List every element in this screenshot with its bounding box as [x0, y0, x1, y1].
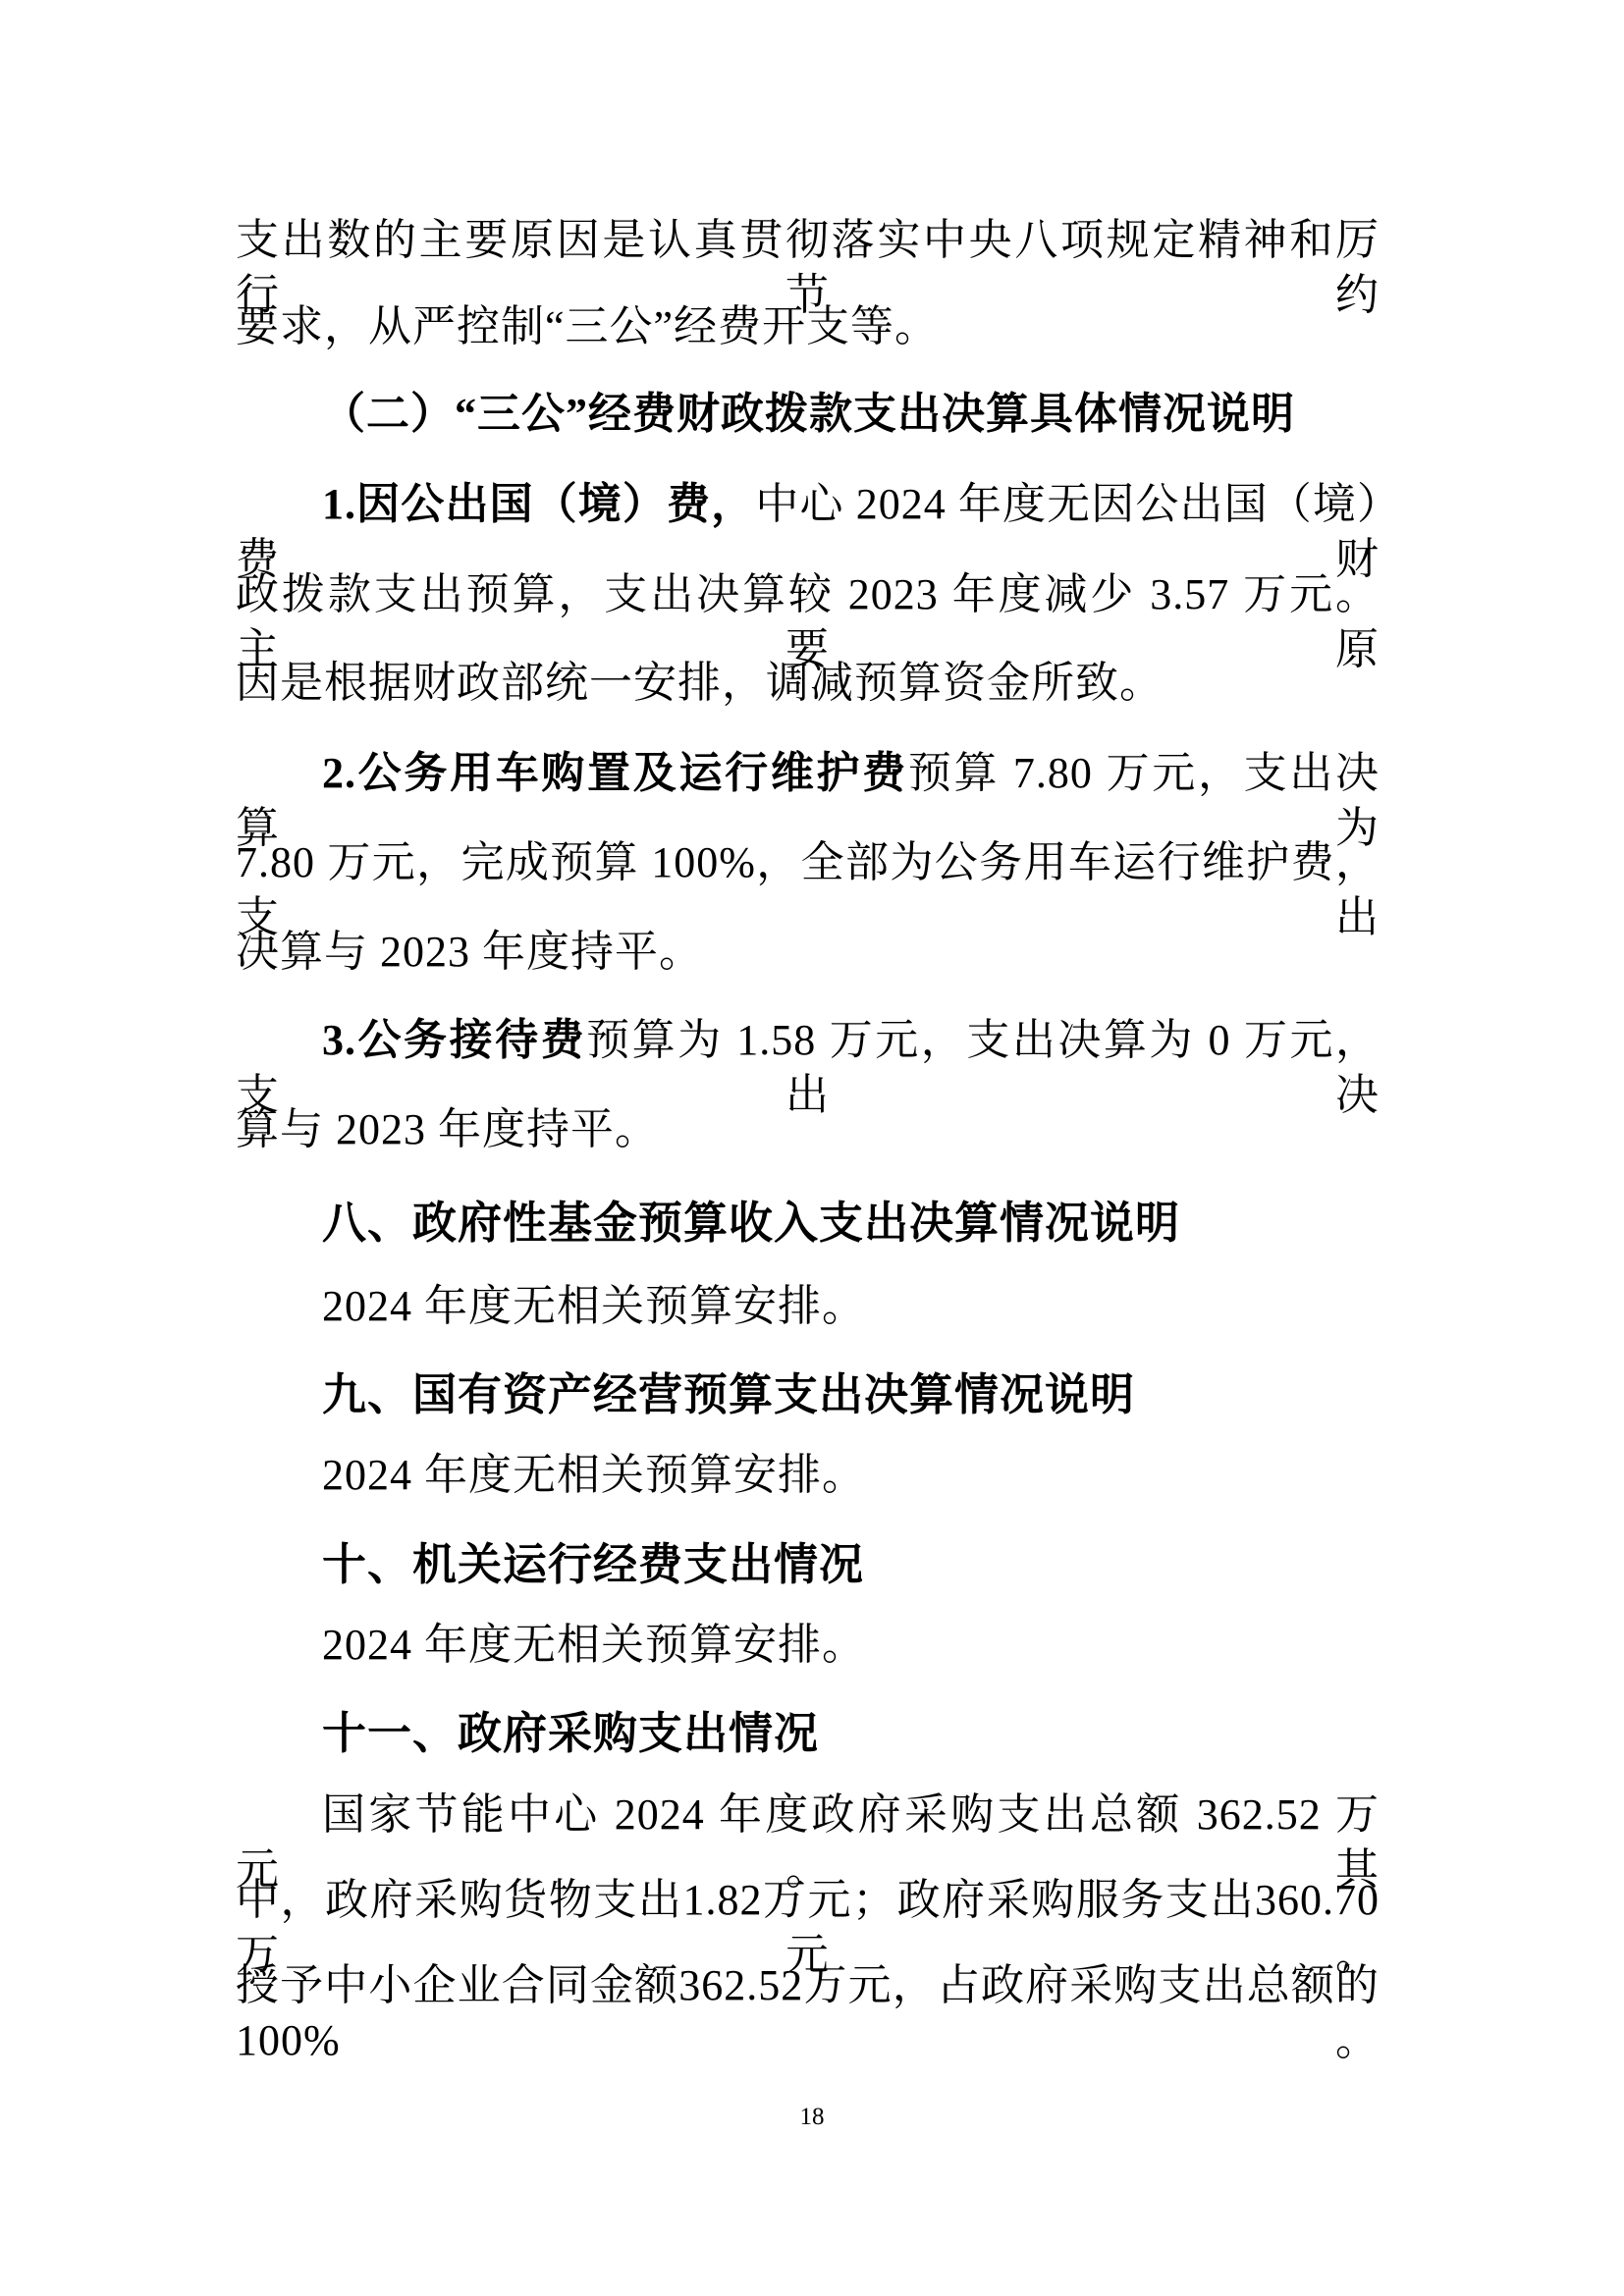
- line-text: 因是根据财政部统一安排，调减预算资金所致。: [236, 659, 1164, 707]
- line-text: 2024 年度无相关预算安排。: [322, 1621, 866, 1669]
- line-text: 十一、政府采购支出情况: [322, 1708, 819, 1758]
- line-text: 要求，从严控制“三公”经费开支等。: [236, 302, 939, 350]
- body-line: 2024 年度无相关预算安排。: [236, 1279, 1380, 1334]
- bold-lead: 3.公务接待费: [322, 1016, 586, 1064]
- line-text: 2024 年度无相关预算安排。: [322, 1451, 866, 1499]
- page-body: 支出数的主要原因是认真贯彻落实中央八项规定精神和厉行节约 要求，从严控制“三公”…: [236, 0, 1380, 2296]
- body-line: 因是根据财政部统一安排，调减预算资金所致。: [236, 656, 1380, 711]
- document-page: 支出数的主要原因是认真贯彻落实中央八项规定精神和厉行节约 要求，从严控制“三公”…: [0, 0, 1624, 2296]
- body-line: 授予中小企业合同金额362.52万元，占政府采购支出总额的100%。: [236, 1958, 1380, 2068]
- body-line: 2024 年度无相关预算安排。: [236, 1618, 1380, 1673]
- line-text: （二）“三公”经费财政拨款支出决算具体情况说明: [322, 390, 1295, 438]
- bold-lead: 2.公务用车购置及运行维护费: [322, 749, 908, 797]
- bold-lead: 1.因公出国（境）费，: [322, 480, 755, 528]
- line-text: 决算与 2023 年度持平。: [236, 928, 703, 976]
- body-line: 算与 2023 年度持平。: [236, 1102, 1380, 1157]
- section-heading-8: 八、政府性基金预算收入支出决算情况说明: [236, 1196, 1380, 1251]
- page-number: 18: [0, 2103, 1624, 2132]
- line-text: 授予中小企业合同金额362.52万元，占政府采购支出总额的100%。: [236, 1961, 1380, 2064]
- line-text: 十、机关运行经费支出情况: [322, 1539, 864, 1589]
- body-line: 决算与 2023 年度持平。: [236, 925, 1380, 980]
- section-heading-11: 十一、政府采购支出情况: [236, 1706, 1380, 1761]
- line-text: 2024 年度无相关预算安排。: [322, 1282, 866, 1330]
- line-text: 算与 2023 年度持平。: [236, 1105, 659, 1153]
- section-heading-10: 十、机关运行经费支出情况: [236, 1537, 1380, 1592]
- body-line: 2024 年度无相关预算安排。: [236, 1448, 1380, 1503]
- body-line: 要求，从严控制“三公”经费开支等。: [236, 299, 1380, 354]
- section-heading-9: 九、国有资产经营预算支出决算情况说明: [236, 1367, 1380, 1422]
- line-text: 八、政府性基金预算收入支出决算情况说明: [322, 1198, 1180, 1248]
- line-text: 九、国有资产经营预算支出决算情况说明: [322, 1369, 1135, 1419]
- subsection-heading: （二）“三公”经费财政拨款支出决算具体情况说明: [236, 387, 1380, 442]
